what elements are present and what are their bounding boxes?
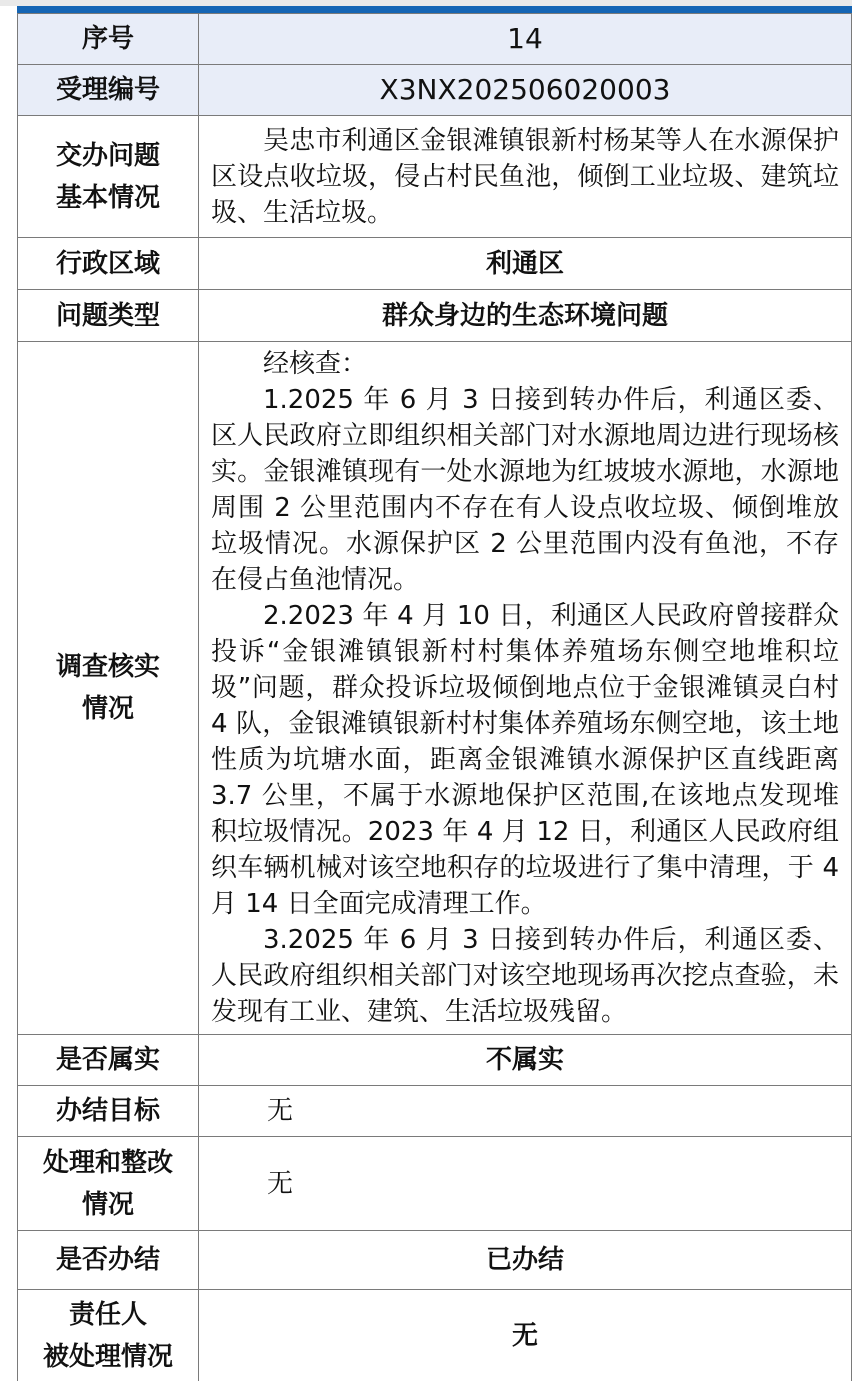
label-is-closed: 是否办结: [18, 1231, 199, 1290]
value-rectification: 无: [199, 1137, 852, 1231]
row-rectification: 处理和整改 情况 无: [18, 1137, 852, 1231]
label-line: 处理和整改: [18, 1142, 198, 1184]
case-info-table: 序号 14 受理编号 X3NX202506020003 交办问题 基本情况 吴忠…: [17, 13, 852, 1381]
label-responsible-person: 责任人 被处理情况: [18, 1290, 199, 1381]
table-top-accent-bar: [17, 6, 852, 13]
row-issue-type: 问题类型 群众身边的生态环境问题: [18, 290, 852, 342]
label-issue-type: 问题类型: [18, 290, 199, 342]
value-is-verified: 不属实: [199, 1035, 852, 1086]
issue-description: 吴忠市利通区金银滩镇银新村杨某等人在水源保护区设点收垃圾，侵占村民鱼池，倾倒工业…: [211, 123, 839, 231]
investigation-paragraph: 1.2025 年 6 月 3 日接到转办件后，利通区委、区人民政府立即组织相关部…: [211, 382, 839, 598]
row-is-verified: 是否属实 不属实: [18, 1035, 852, 1086]
label-admin-region: 行政区域: [18, 238, 199, 290]
label-acceptance-number: 受理编号: [18, 65, 199, 116]
label-serial-number: 序号: [18, 14, 199, 65]
value-issue-type: 群众身边的生态环境问题: [199, 290, 852, 342]
value-is-closed: 已办结: [199, 1231, 852, 1290]
investigation-paragraph: 3.2025 年 6 月 3 日接到转办件后，利通区委、人民政府组织相关部门对该…: [211, 922, 839, 1030]
value-investigation: 经核查： 1.2025 年 6 月 3 日接到转办件后，利通区委、区人民政府立即…: [199, 342, 852, 1035]
row-responsible-person: 责任人 被处理情况 无: [18, 1290, 852, 1381]
row-serial-number: 序号 14: [18, 14, 852, 65]
label-line: 情况: [18, 688, 198, 730]
label-assigned-issue: 交办问题 基本情况: [18, 116, 199, 238]
label-line: 被处理情况: [18, 1336, 198, 1378]
value-serial-number: 14: [199, 14, 852, 65]
row-closure-target: 办结目标 无: [18, 1086, 852, 1137]
value-admin-region: 利通区: [199, 238, 852, 290]
value-responsible-person: 无: [199, 1290, 852, 1381]
label-investigation: 调查核实 情况: [18, 342, 199, 1035]
row-investigation: 调查核实 情况 经核查： 1.2025 年 6 月 3 日接到转办件后，利通区委…: [18, 342, 852, 1035]
label-line: 情况: [18, 1184, 198, 1226]
investigation-paragraph: 2.2023 年 4 月 10 日，利通区人民政府曾接群众投诉“金银滩镇银新村村…: [211, 598, 839, 922]
value-closure-target: 无: [199, 1086, 852, 1137]
label-line: 调查核实: [18, 646, 198, 688]
label-line: 责任人: [18, 1294, 198, 1336]
value-assigned-issue: 吴忠市利通区金银滩镇银新村杨某等人在水源保护区设点收垃圾，侵占村民鱼池，倾倒工业…: [199, 116, 852, 238]
row-acceptance-number: 受理编号 X3NX202506020003: [18, 65, 852, 116]
label-closure-target: 办结目标: [18, 1086, 199, 1137]
row-is-closed: 是否办结 已办结: [18, 1231, 852, 1290]
label-line: 基本情况: [18, 177, 198, 219]
row-admin-region: 行政区域 利通区: [18, 238, 852, 290]
value-acceptance-number: X3NX202506020003: [199, 65, 852, 116]
row-assigned-issue: 交办问题 基本情况 吴忠市利通区金银滩镇银新村杨某等人在水源保护区设点收垃圾，侵…: [18, 116, 852, 238]
label-line: 交办问题: [18, 135, 198, 177]
investigation-paragraph: 经核查：: [211, 346, 839, 382]
label-is-verified: 是否属实: [18, 1035, 199, 1086]
label-rectification: 处理和整改 情况: [18, 1137, 199, 1231]
